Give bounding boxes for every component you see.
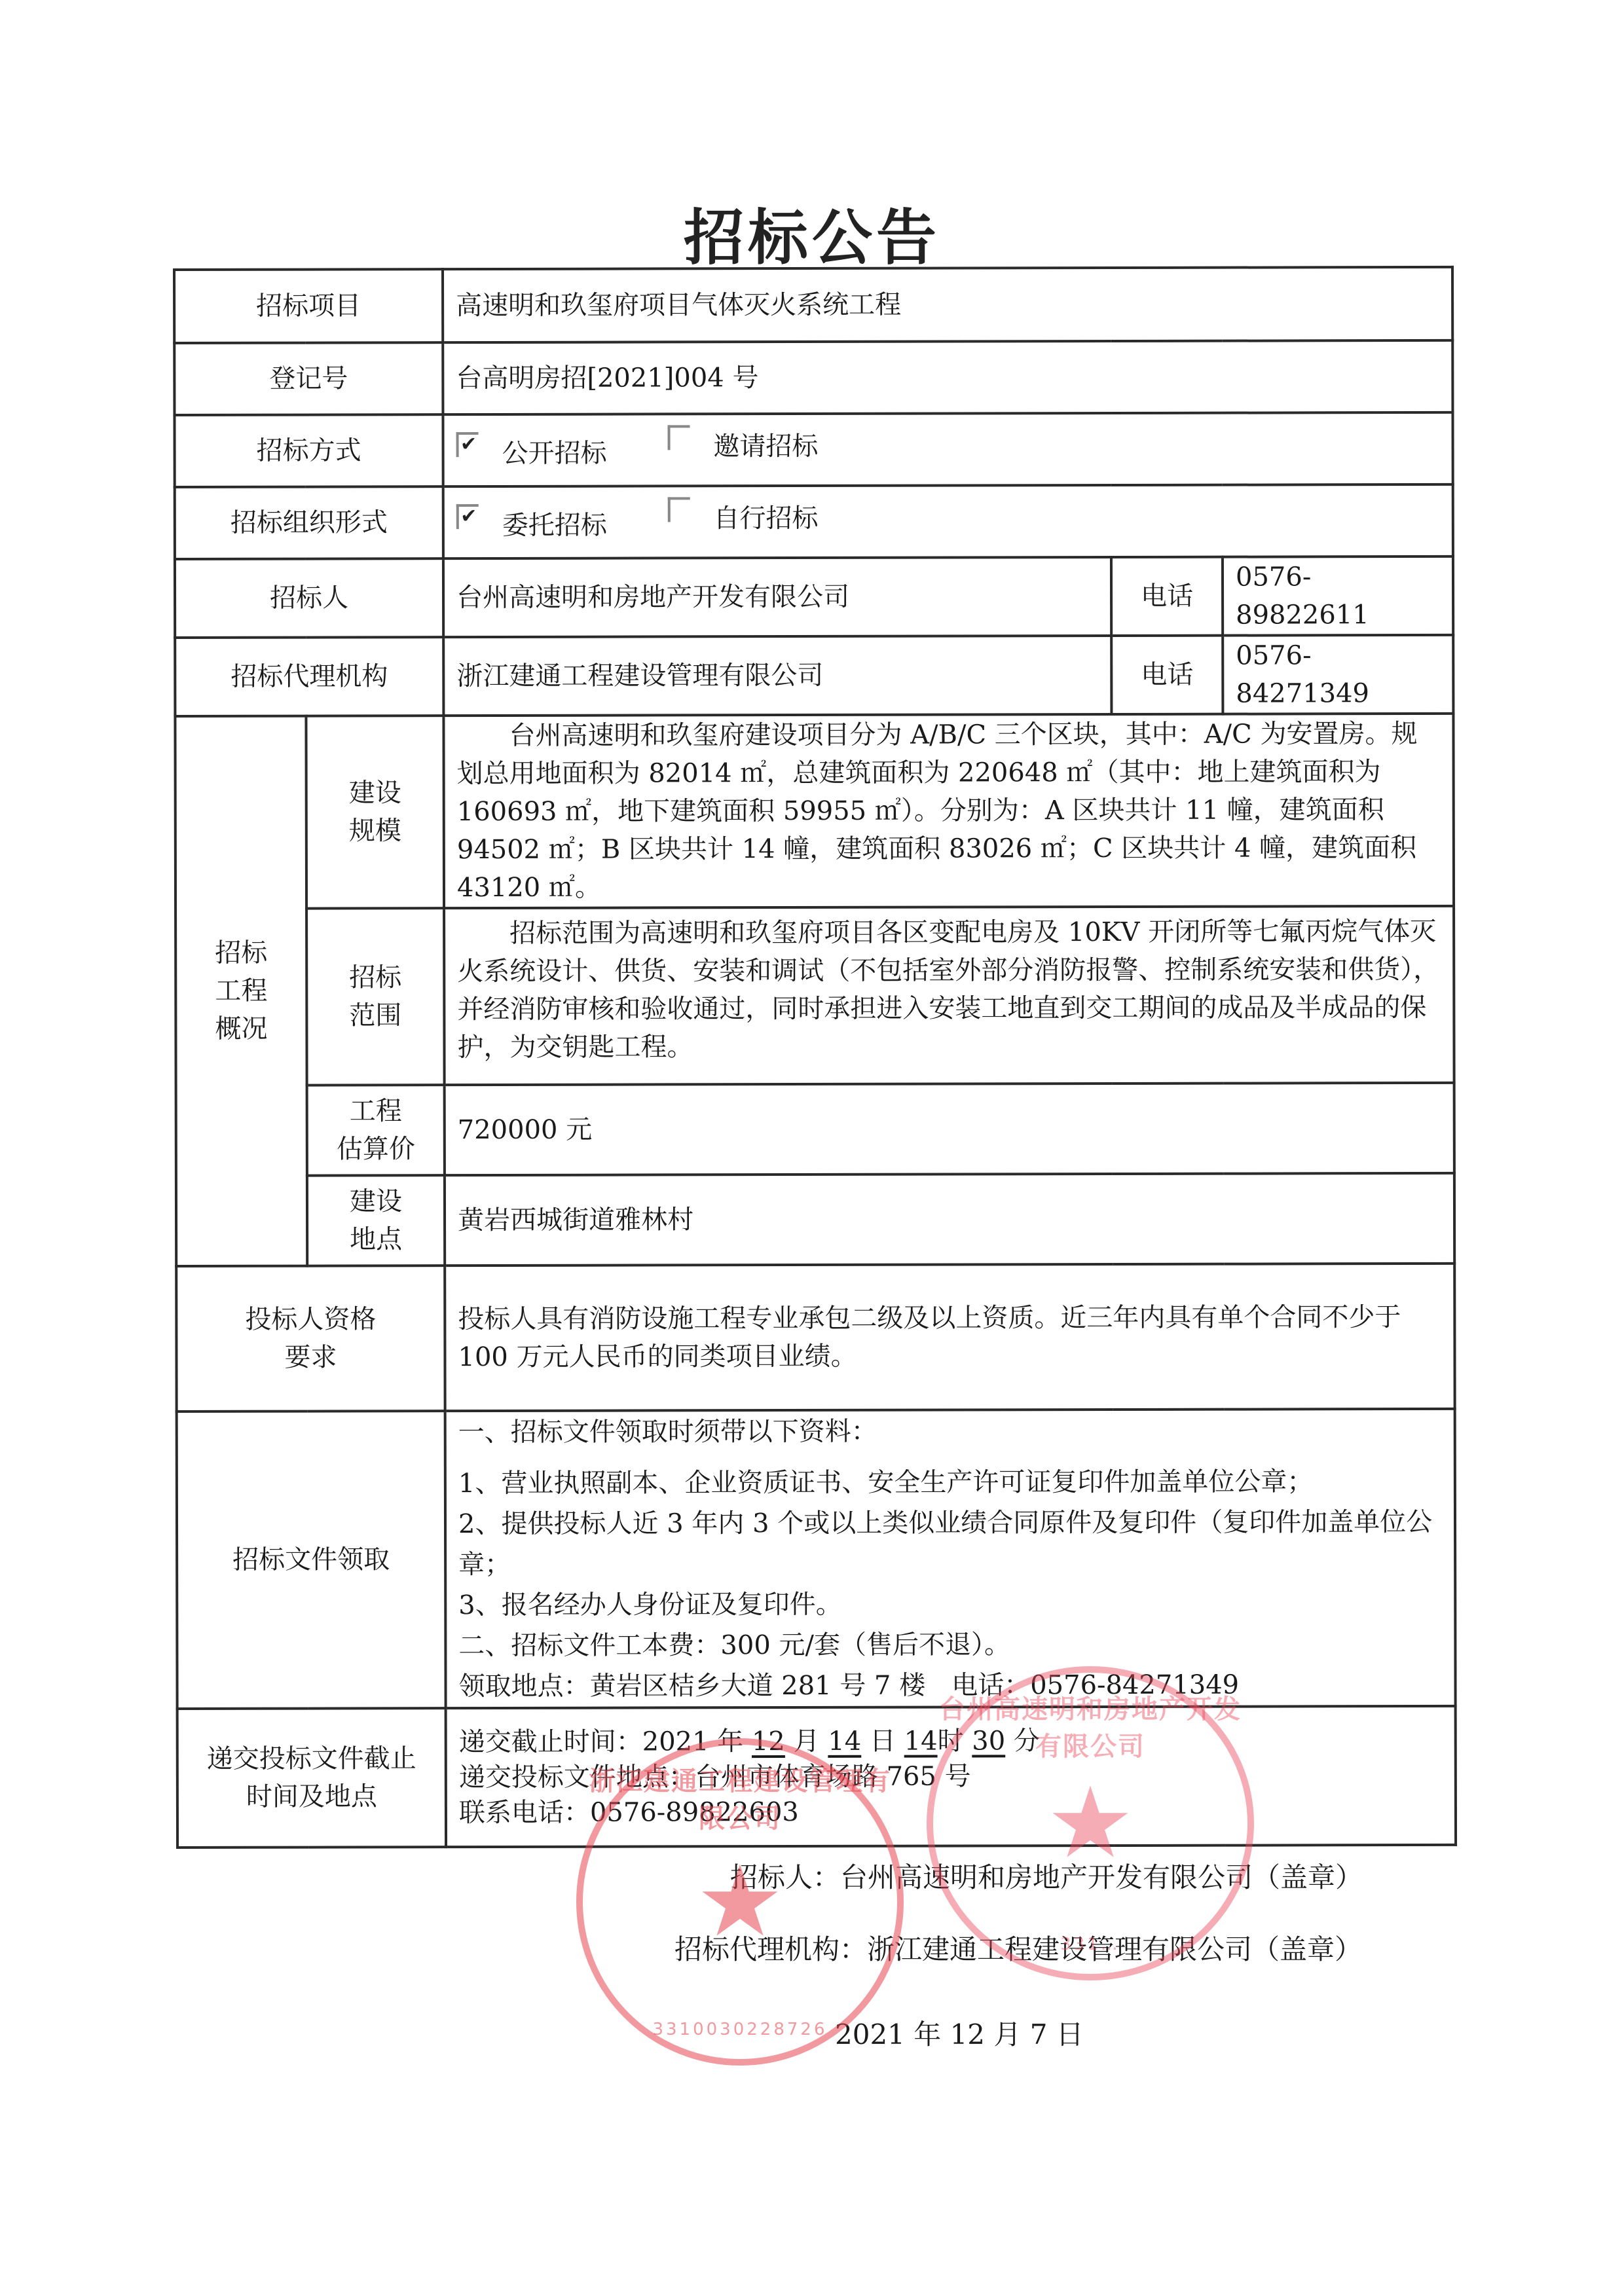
label-location: 建设 地点 — [307, 1175, 445, 1266]
deadline-month-unit: 月 — [794, 1726, 820, 1757]
row-submission: 递交投标文件截止 时间及地点 递交截止时间：2021 年 12 月 14 日 1… — [177, 1706, 1456, 1848]
label-scope: 招标 范围 — [306, 908, 445, 1085]
agency-signature: 招标代理机构：浙江建通工程建设管理有限公司（盖章） — [674, 1928, 1362, 1967]
value-tenderer-phone: 0576-89822611 — [1223, 556, 1453, 636]
deadline-month: 12 — [752, 1726, 785, 1757]
value-qualification: 投标人具有消防设施工程专业承包二级及以上资质。近三年内具有单个合同不少于 100… — [445, 1264, 1454, 1411]
checkbox-checked-icon[interactable]: ✔ — [456, 432, 479, 457]
documents-line: 3、报名经办人身份证及复印件。 — [458, 1583, 1442, 1626]
option-label: 公开招标 — [502, 435, 607, 473]
row-method: 招标方式 ✔ 公开招标 邀请招标 — [174, 412, 1452, 487]
deadline-minute-unit: 分 — [1014, 1726, 1040, 1756]
label-method: 招标方式 — [174, 414, 443, 487]
label-tenderer-phone: 电话 — [1111, 557, 1223, 636]
documents-line: 2、提供投标人近 3 年内 3 个或以上类似业绩合同原件及复印件（复印件加盖单位… — [458, 1502, 1442, 1585]
value-project: 高速明和玖玺府项目气体灭火系统工程 — [443, 267, 1452, 342]
row-overview-location: 建设 地点 黄岩西城街道雅林村 — [176, 1173, 1454, 1266]
deadline-hour: 14 — [904, 1726, 938, 1757]
option-label: 邀请招标 — [713, 428, 818, 465]
value-location: 黄岩西城街道雅林村 — [445, 1173, 1454, 1266]
option-self-tender[interactable]: 自行招标 — [667, 500, 818, 538]
label-agency-phone: 电话 — [1111, 636, 1223, 714]
label-tenderer: 招标人 — [175, 558, 443, 638]
value-registration: 台高明房招[2021]004 号 — [443, 340, 1452, 414]
label-organization: 招标组织形式 — [175, 486, 443, 559]
value-scope: 招标范围为高速明和玖玺府项目各区变配电房及 10KV 开闭所等七氟丙烷气体灭火系… — [444, 906, 1454, 1085]
row-overview-estimate: 工程 估算价 720000 元 — [176, 1083, 1454, 1176]
page-title: 招标公告 — [0, 190, 1624, 276]
option-label: 自行招标 — [713, 500, 818, 538]
deadline-prefix: 递交截止时间：2021 年 — [459, 1726, 744, 1757]
label-submission: 递交投标文件截止 时间及地点 — [177, 1708, 446, 1848]
method-options: ✔ 公开招标 邀请招标 — [443, 412, 1452, 486]
submission-place: 递交投标文件地点：台州市体育场路 765 号 — [459, 1758, 1443, 1795]
date-signature: 2021 年 12 月 7 日 — [835, 2013, 1084, 2052]
value-agency: 浙江建通工程建设管理有限公司 — [443, 636, 1111, 716]
option-label: 委托招标 — [502, 507, 607, 545]
deadline-day: 14 — [828, 1726, 861, 1757]
row-agency: 招标代理机构 浙江建通工程建设管理有限公司 电话 0576-84271349 — [175, 635, 1453, 716]
deadline-minute: 30 — [972, 1726, 1005, 1756]
value-submission: 递交截止时间：2021 年 12 月 14 日 14时 30 分 递交投标文件地… — [446, 1706, 1456, 1847]
label-overview: 招标 工程 概况 — [175, 716, 307, 1266]
label-estimate: 工程 估算价 — [307, 1085, 445, 1175]
checkbox-unchecked-icon[interactable] — [667, 425, 690, 450]
row-overview-scope: 招标 范围 招标范围为高速明和玖玺府项目各区变配电房及 10KV 开闭所等七氟丙… — [175, 906, 1454, 1085]
submission-contact: 联系电话：0576-89822603 — [459, 1793, 1443, 1831]
documents-line: 领取地点：黄岩区桔乡大道 281 号 7 楼 电话：0576-84271349 — [458, 1664, 1442, 1707]
value-tenderer: 台州高速明和房地产开发有限公司 — [443, 557, 1111, 637]
label-agency: 招标代理机构 — [175, 637, 443, 716]
row-documents: 招标文件领取 一、招标文件领取时须带以下资料： 1、营业执照副本、企业资质证书、… — [177, 1409, 1456, 1709]
option-invited-tender[interactable]: 邀请招标 — [667, 428, 818, 465]
value-documents: 一、招标文件领取时须带以下资料： 1、营业执照副本、企业资质证书、安全生产许可证… — [445, 1409, 1456, 1708]
row-qualification: 投标人资格 要求 投标人具有消防设施工程专业承包二级及以上资质。近三年内具有单个… — [176, 1264, 1454, 1412]
deadline-hour-unit: 时 — [937, 1726, 963, 1756]
organization-options: ✔ 委托招标 自行招标 — [443, 484, 1453, 558]
tenderer-signature: 招标人：台州高速明和房地产开发有限公司（盖章） — [730, 1856, 1363, 1895]
checkbox-checked-icon[interactable]: ✔ — [456, 504, 479, 529]
label-project: 招标项目 — [174, 269, 443, 343]
documents-line: 1、营业执照副本、企业资质证书、安全生产许可证复印件加盖单位公章； — [458, 1461, 1442, 1504]
documents-line: 二、招标文件工本费：300 元/套（售后不退）。 — [458, 1624, 1442, 1666]
row-tenderer: 招标人 台州高速明和房地产开发有限公司 电话 0576-89822611 — [175, 556, 1453, 638]
label-documents: 招标文件领取 — [177, 1411, 446, 1709]
submission-deadline: 递交截止时间：2021 年 12 月 14 日 14时 30 分 — [459, 1722, 1443, 1760]
value-agency-phone: 0576-84271349 — [1223, 635, 1453, 714]
label-scale: 建设 规模 — [306, 716, 444, 908]
label-registration: 登记号 — [174, 342, 443, 415]
tender-notice-table: 招标项目 高速明和玖玺府项目气体灭火系统工程 登记号 台高明房招[2021]00… — [173, 266, 1457, 1849]
row-project: 招标项目 高速明和玖玺府项目气体灭火系统工程 — [174, 267, 1452, 343]
row-organization: 招标组织形式 ✔ 委托招标 自行招标 — [175, 484, 1453, 559]
row-registration: 登记号 台高明房招[2021]004 号 — [174, 340, 1452, 415]
option-entrusted-tender[interactable]: ✔ 委托招标 — [456, 507, 607, 545]
deadline-day-unit: 日 — [870, 1726, 896, 1757]
documents-line: 一、招标文件领取时须带以下资料： — [458, 1410, 1442, 1453]
checkbox-unchecked-icon[interactable] — [667, 497, 690, 522]
label-qualification: 投标人资格 要求 — [176, 1266, 445, 1412]
value-estimate: 720000 元 — [445, 1083, 1454, 1175]
value-scale: 台州高速明和玖玺府建设项目分为 A/B/C 三个区块，其中：A/C 为安置房。规… — [443, 714, 1454, 908]
option-public-tender[interactable]: ✔ 公开招标 — [456, 435, 607, 473]
row-overview-scale: 招标 工程 概况 建设 规模 台州高速明和玖玺府建设项目分为 A/B/C 三个区… — [175, 714, 1454, 909]
